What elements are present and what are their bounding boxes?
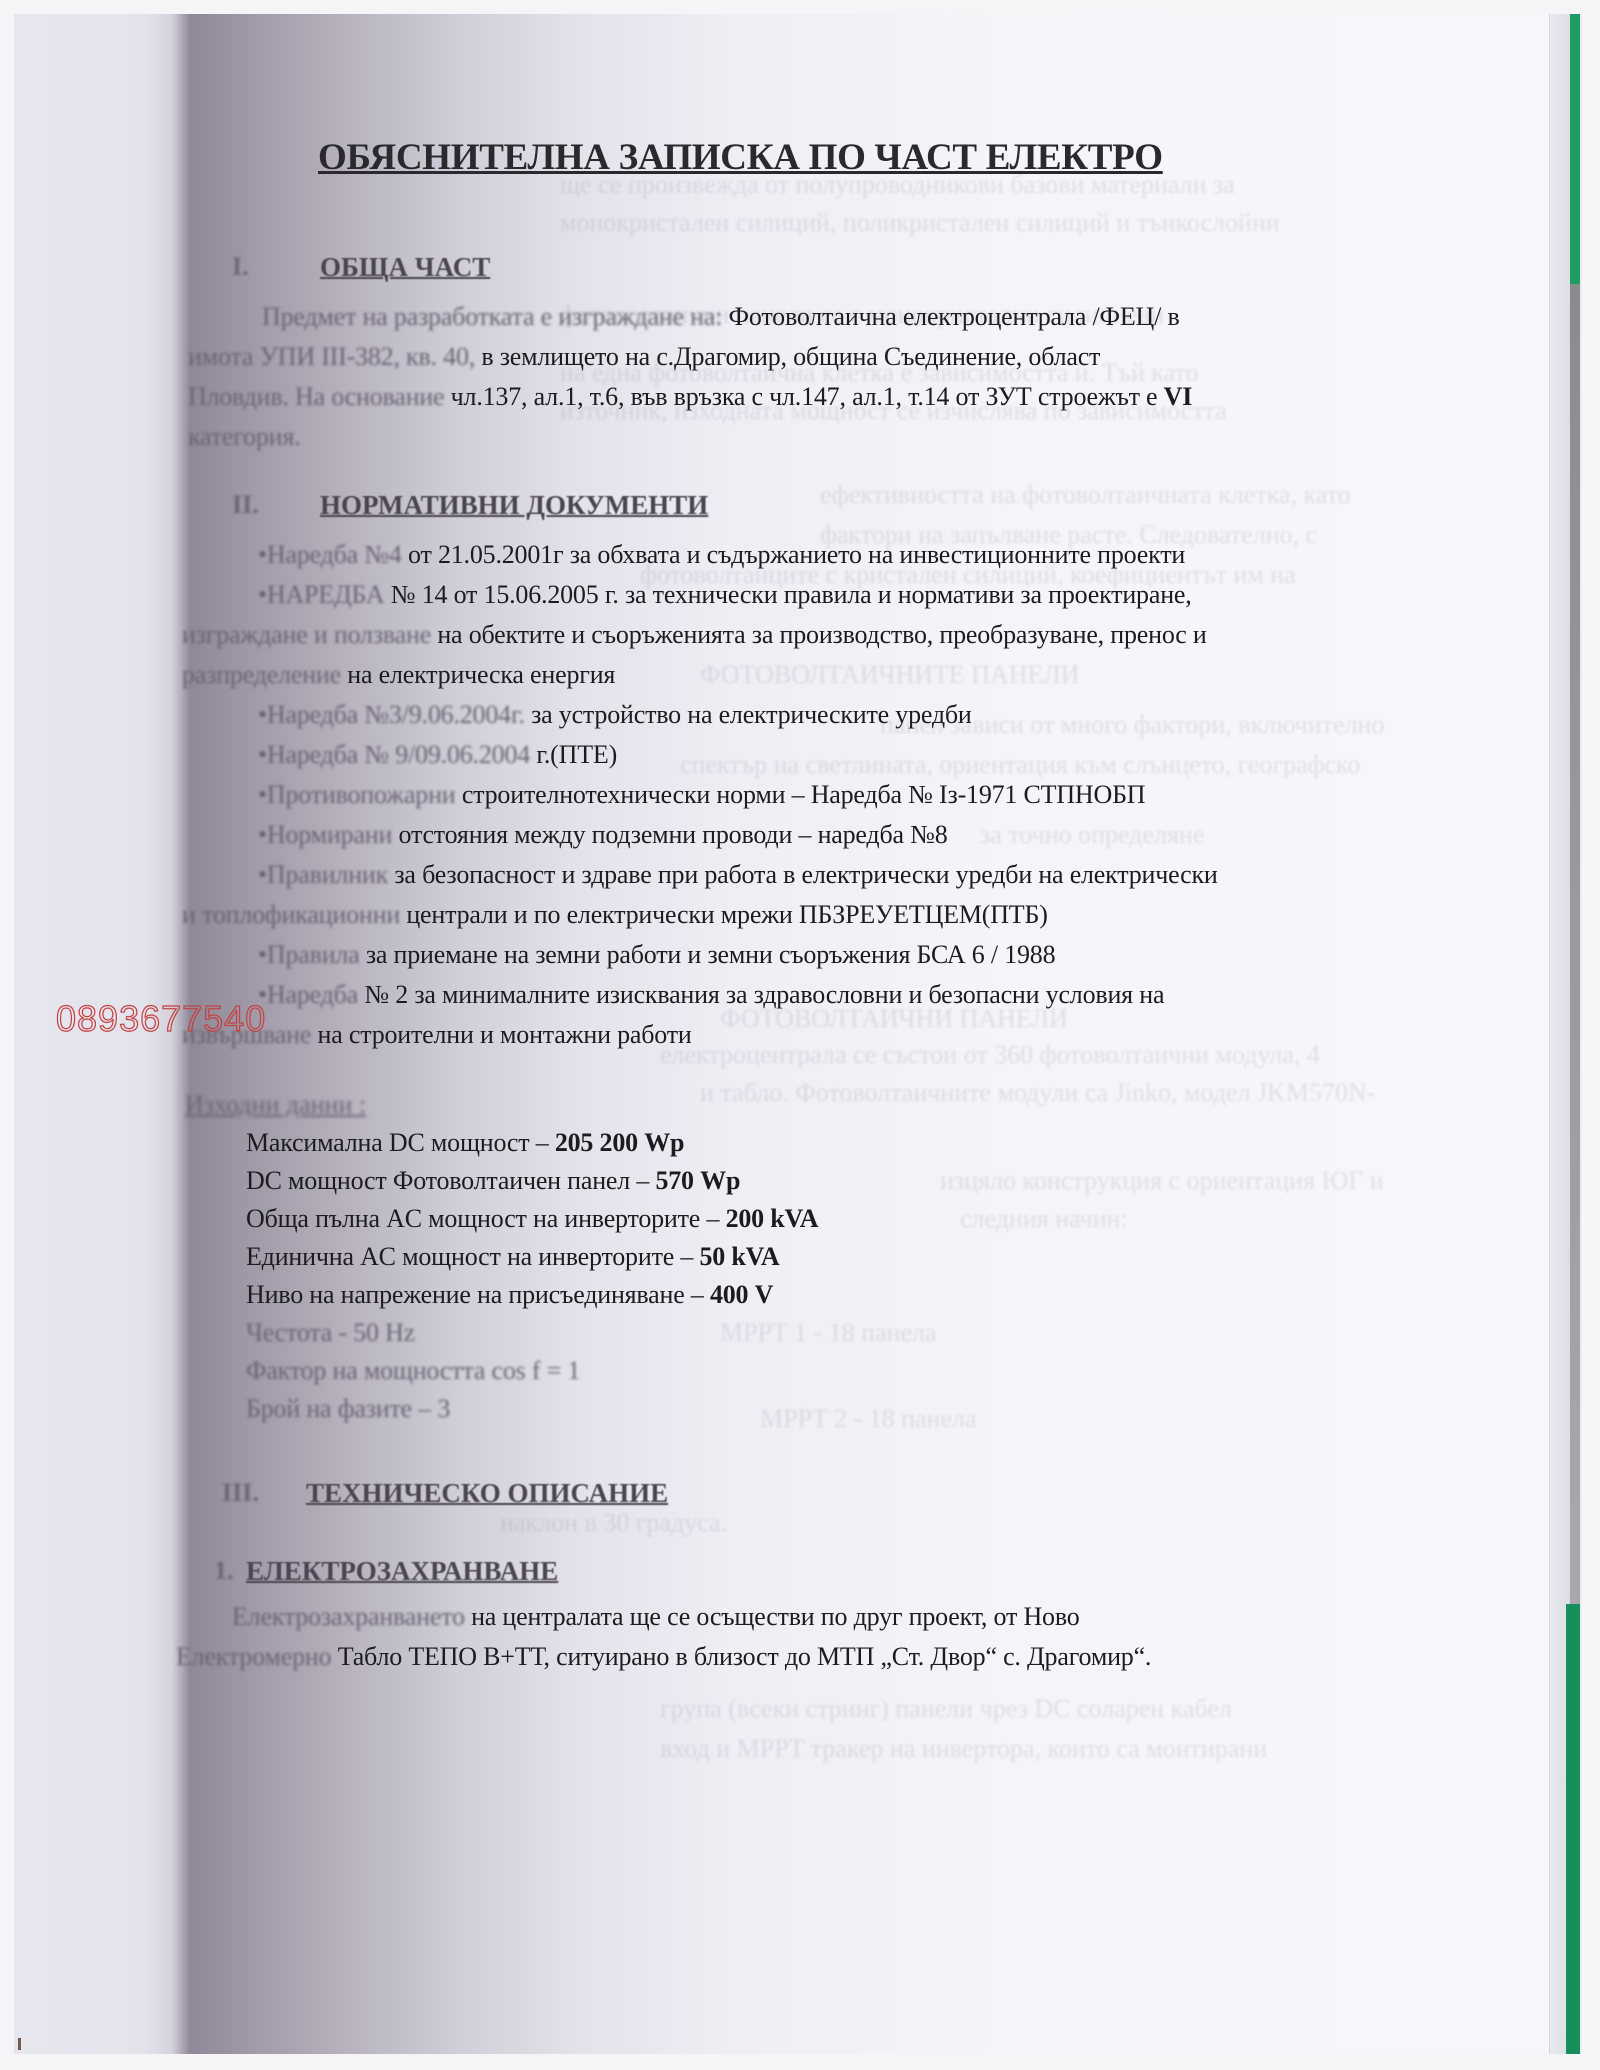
normative-document-line: •Наредба №4 от 21.05.2001г за обхвата и … xyxy=(258,540,1185,570)
normative-document-line: •Правилник за безопасност и здраве при р… xyxy=(258,860,1218,890)
normative-document-line: разпределение на електрическа енергия xyxy=(182,660,615,690)
spec-item: Фактор на мощността cos f = 1 xyxy=(246,1356,580,1386)
spec-item: Ниво на напрежение на присъединяване – 4… xyxy=(246,1280,773,1310)
subsection-1-line-2: Електромерно Табло ТЕПО В+ТТ, ситуирано … xyxy=(176,1642,1151,1672)
section-2-title: НОРМАТИВНИ ДОКУМЕНТИ xyxy=(320,490,708,521)
normative-document-line: •Правила за приемане на земни работи и з… xyxy=(258,940,1055,970)
subsection-1-title: ЕЛЕКТРОЗАХРАНВАНЕ xyxy=(246,1556,558,1587)
spec-item: Единична AC мощност на инверторите – 50 … xyxy=(246,1242,779,1272)
section-1-line-1: Предмет на разработката е изграждане на:… xyxy=(262,302,1180,332)
section-1-line-2: имота УПИ III-382, кв. 40, в землището н… xyxy=(188,342,1100,372)
specs-label: Изходни данни : xyxy=(185,1090,366,1120)
scan-speck xyxy=(18,2038,21,2050)
normative-document-line: изграждане и ползване на обектите и съор… xyxy=(182,620,1207,650)
normative-document-line: •Наредба № 9/09.06.2004 г.(ПТЕ) xyxy=(258,740,617,770)
section-3-number: III. xyxy=(222,1478,259,1508)
subsection-1-line-1: Електрозахранването на централата ще се … xyxy=(232,1602,1080,1632)
spec-item: DC мощност Фотоволтаичен панел – 570 Wp xyxy=(246,1166,740,1196)
spec-item: Честота - 50 Hz xyxy=(246,1318,415,1348)
normative-document-line: •НАРЕДБА № 14 от 15.06.2005 г. за технич… xyxy=(258,580,1192,610)
section-1-title: ОБЩА ЧАСТ xyxy=(320,252,490,283)
spec-item: Брой на фазите – 3 xyxy=(246,1394,450,1424)
phone-watermark: 0893677540 xyxy=(56,998,266,1040)
document-content: ОБЯСНИТЕЛНА ЗАПИСКА ПО ЧАСТ ЕЛЕКТРО I. О… xyxy=(0,0,1600,2070)
normative-document-line: •Противопожарни строителнотехнически нор… xyxy=(258,780,1145,810)
section-1-line-3: Пловдив. На основание чл.137, ал.1, т.6,… xyxy=(188,382,1192,412)
spec-item: Максимална DC мощност – 205 200 Wp xyxy=(246,1128,684,1158)
normative-document-line: •Наредба № 2 за минималните изисквания з… xyxy=(258,980,1164,1010)
normative-document-line: и топлофикационни централи и по електрич… xyxy=(182,900,1048,930)
section-3-title: ТЕХНИЧЕСКО ОПИСАНИЕ xyxy=(306,1478,668,1509)
normative-document-line: •Нормирани отстояния между подземни пров… xyxy=(258,820,948,850)
normative-document-line: •Наредба №3/9.06.2004г. за устройство на… xyxy=(258,700,972,730)
section-2-number: II. xyxy=(232,490,259,520)
spec-item: Обща пълна AC мощност на инверторите – 2… xyxy=(246,1204,818,1234)
document-title: ОБЯСНИТЕЛНА ЗАПИСКА ПО ЧАСТ ЕЛЕКТРО xyxy=(318,136,1163,179)
section-1-line-4: категория. xyxy=(188,422,300,452)
subsection-1-number: 1. xyxy=(214,1556,234,1586)
section-1-number: I. xyxy=(232,252,249,282)
